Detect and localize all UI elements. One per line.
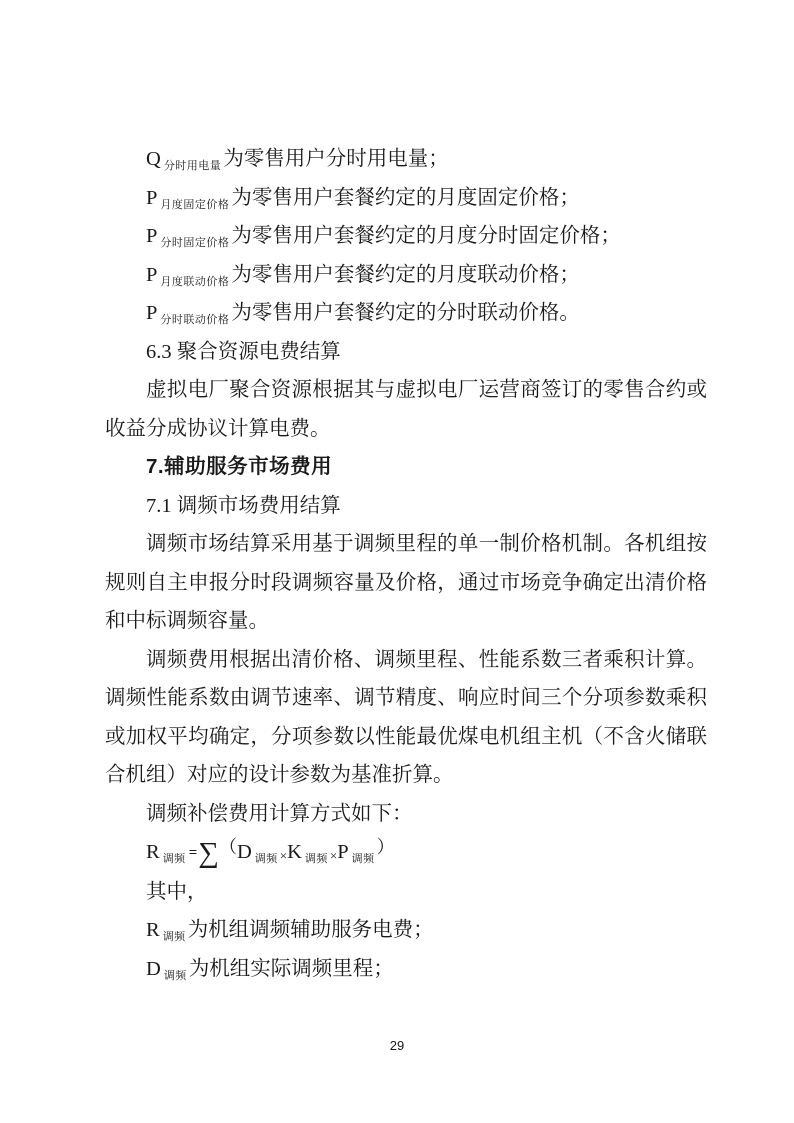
open-paren: （ [219,837,237,857]
multiply-sign: × [280,848,287,863]
where-item: D调频为机组实际调频里程； [105,950,707,989]
where-label: 其中， [105,873,707,912]
definition-line: P月度固定价格为零售用户套餐约定的月度固定价格； [105,179,707,218]
variable-subscript: 调频 [163,931,186,943]
variable-symbol: Q [146,148,161,170]
definition-text: 为零售用户套餐约定的月度分时固定价格； [231,225,621,247]
variable-symbol: P [146,264,157,286]
formula-term-symbol: K [287,841,302,863]
definition-text: 为零售用户套餐约定的月度联动价格； [231,264,580,286]
variable-symbol: P [146,187,157,209]
formula-term-symbol: D [237,841,252,863]
summation-icon: ∑ [198,837,219,869]
equals-sign: = [189,845,198,861]
definition-text: 为零售用户套餐约定的分时联动价格。 [231,302,580,324]
variable-symbol: P [146,225,157,247]
variable-subscript: 分时联动价格 [160,314,229,326]
variable-subscript: 调频 [164,970,187,982]
section-heading-7: 7.辅助服务市场费用 [105,448,707,487]
definition-text: 为零售用户套餐约定的月度固定价格； [231,187,580,209]
page-content: Q分时用电量为零售用户分时用电量； P月度固定价格为零售用户套餐约定的月度固定价… [105,140,707,988]
close-paren: ） [377,837,395,857]
paragraph-frequency-fee-calculation: 调频费用根据出清价格、调频里程、性能系数三者乘积计算。调频性能系数由调节速率、调… [105,641,707,795]
document-page: Q分时用电量为零售用户分时用电量； P月度固定价格为零售用户套餐约定的月度固定价… [0,0,794,1123]
variable-subscript: 月度联动价格 [160,276,229,288]
variable-symbol: P [146,302,157,324]
variable-subscript: 分时固定价格 [160,237,229,249]
where-item-text: 为机组实际调频里程； [189,958,394,980]
definition-text: 为零售用户分时用电量； [223,148,449,170]
where-item: R调频为机组调频辅助服务电费； [105,911,707,950]
formula-term-symbol: P [337,841,348,863]
definition-line: P分时联动价格为零售用户套餐约定的分时联动价格。 [105,294,707,333]
variable-subscript: 分时用电量 [164,160,222,172]
formula-term-subscript: 调频 [255,853,278,865]
section-heading-7-1: 7.1 调频市场费用结算 [105,487,707,526]
frequency-regulation-formula: R调频=∑（D调频×K调频×P调频） [105,833,707,873]
page-number: 29 [0,1038,794,1053]
definition-line: Q分时用电量为零售用户分时用电量； [105,140,707,179]
paragraph-aggregated-resources: 虚拟电厂聚合资源根据其与虚拟电厂运营商签订的零售合约或收益分成协议计算电费。 [105,371,707,448]
variable-symbol: D [146,958,161,980]
formula-term-subscript: 调频 [305,853,328,865]
section-heading-6-3: 6.3 聚合资源电费结算 [105,333,707,372]
variable-symbol: R [146,919,160,941]
paragraph-frequency-market-mechanism: 调频市场结算采用基于调频里程的单一制价格机制。各机组按规则自主申报分时段调频容量… [105,525,707,641]
formula-term-subscript: 调频 [352,853,375,865]
where-item-text: 为机组调频辅助服务电费； [188,919,434,941]
variable-subscript: 月度固定价格 [160,199,229,211]
formula-lhs-subscript: 调频 [163,853,186,865]
definition-line: P月度联动价格为零售用户套餐约定的月度联动价格； [105,256,707,295]
formula-intro: 调频补偿费用计算方式如下： [105,795,707,834]
formula-lhs-symbol: R [146,841,160,863]
definition-line: P分时固定价格为零售用户套餐约定的月度分时固定价格； [105,217,707,256]
